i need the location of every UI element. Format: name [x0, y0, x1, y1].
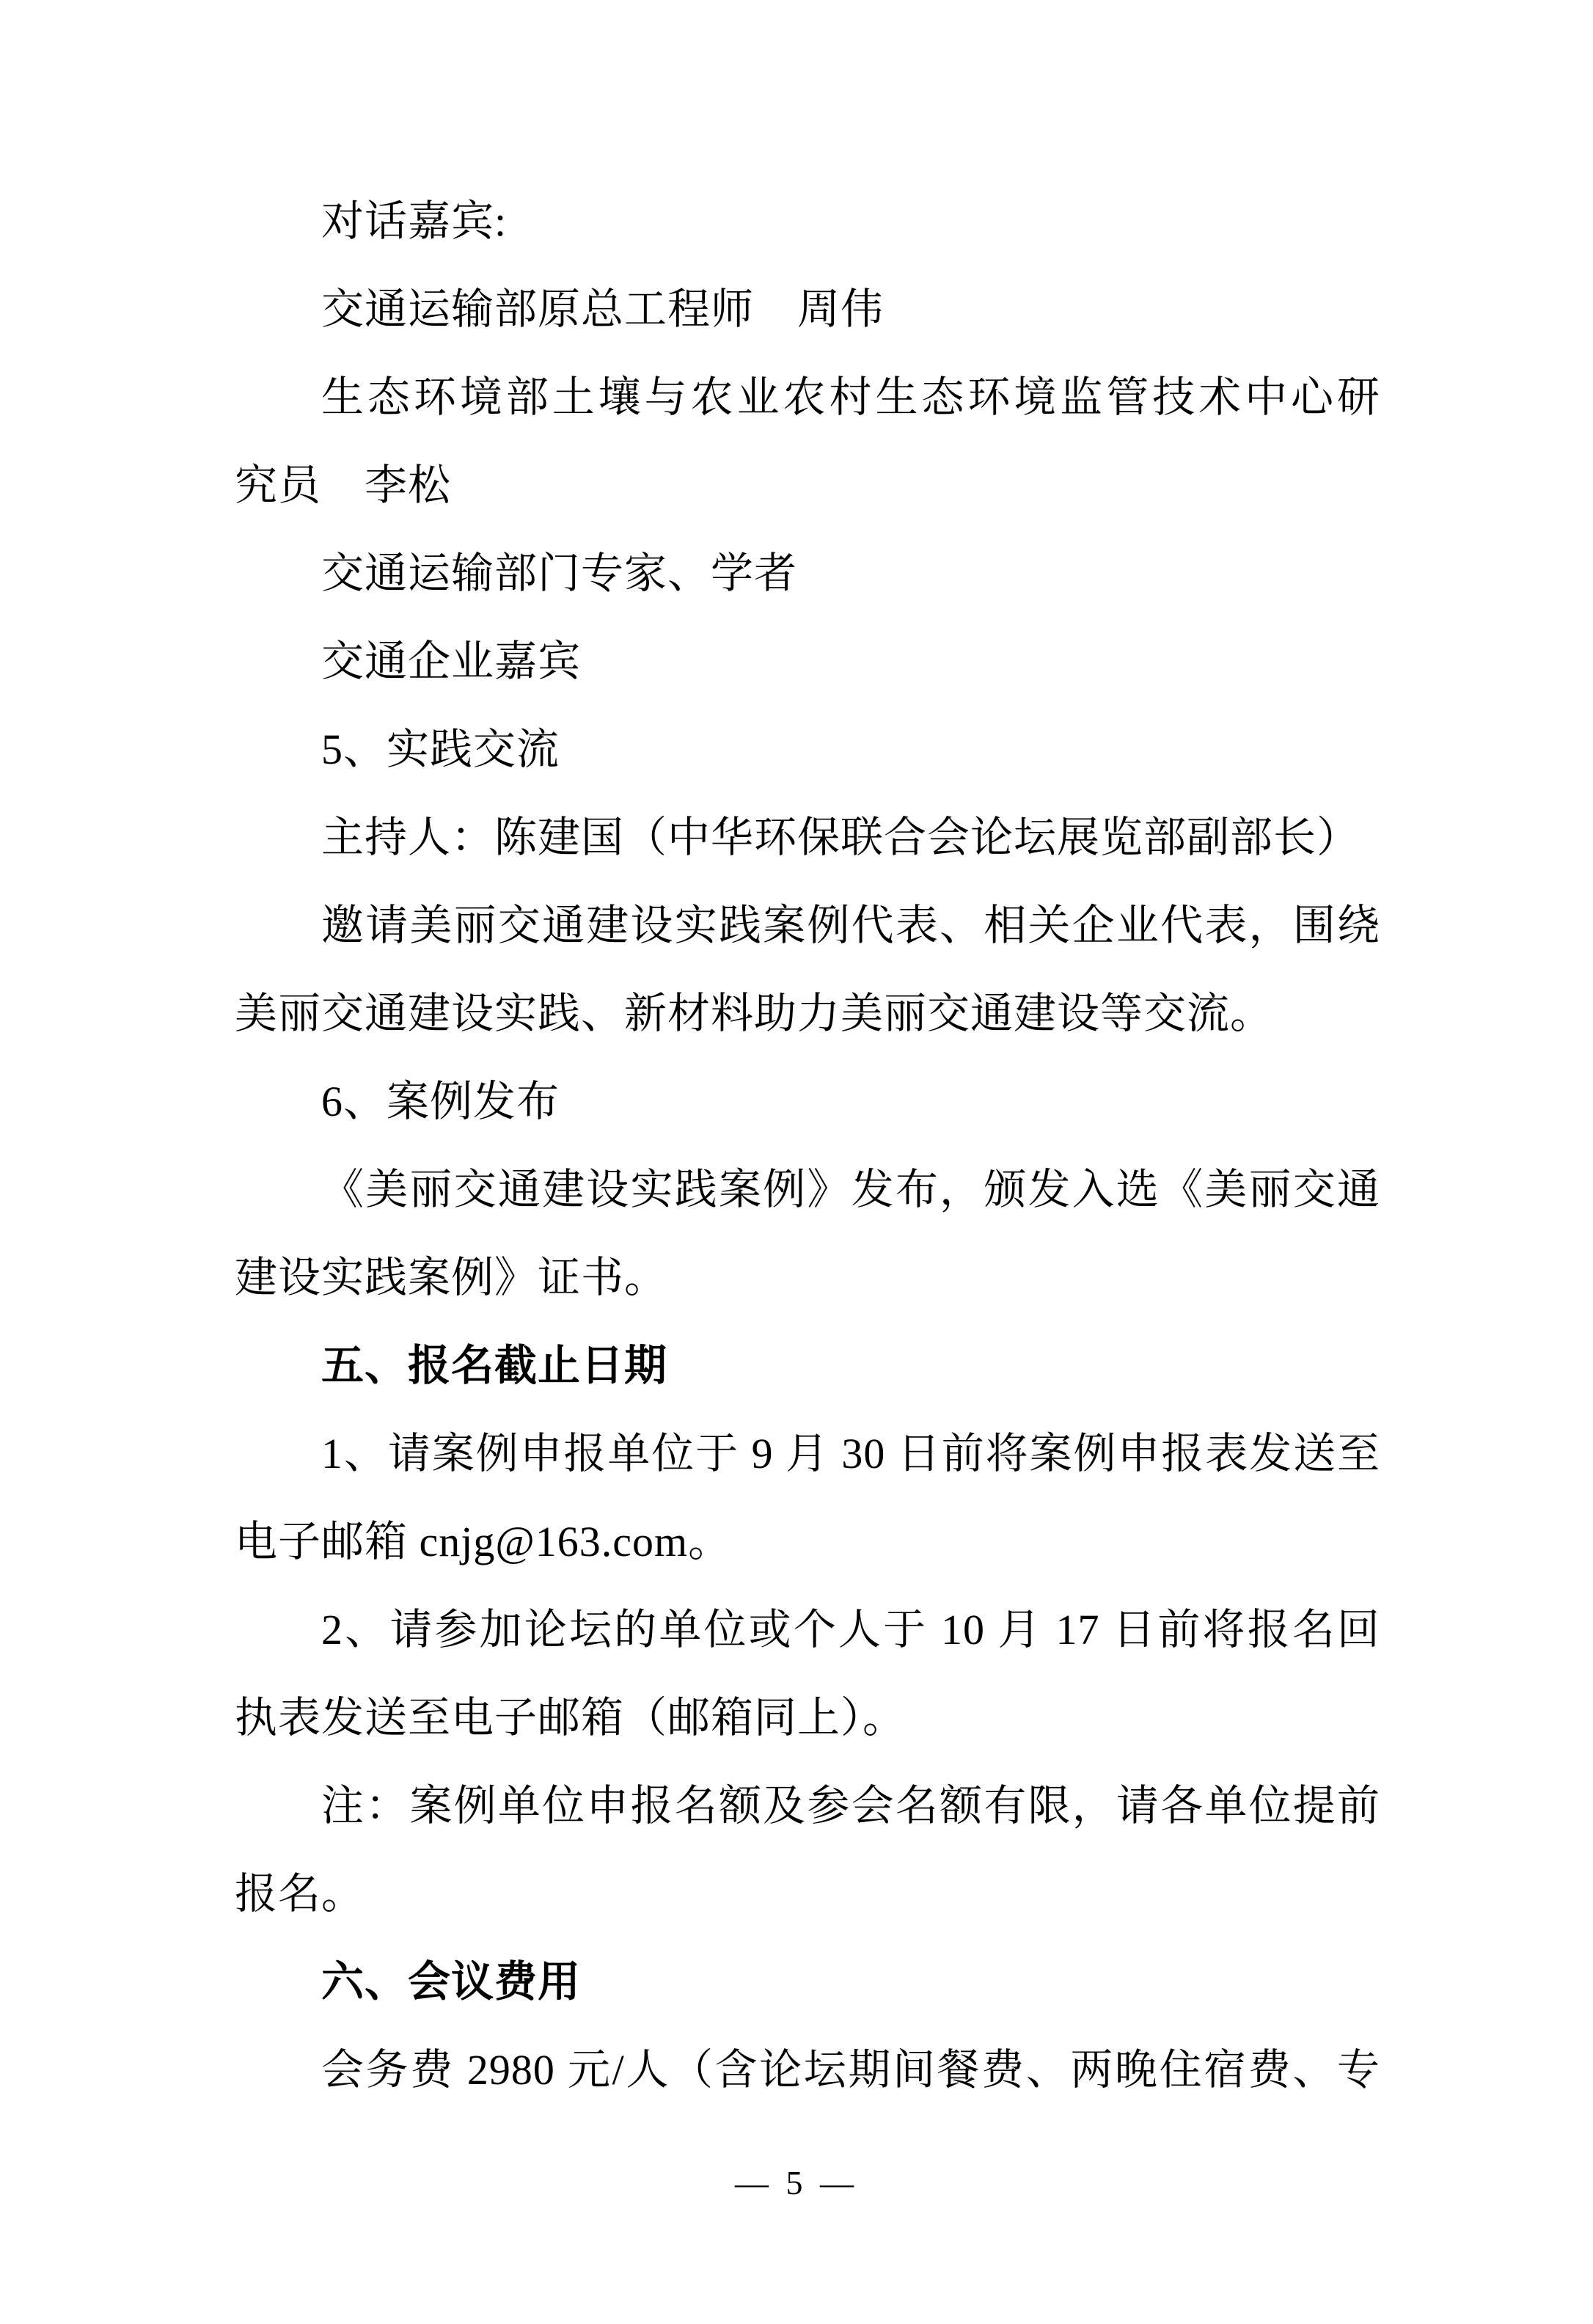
- text-line: 执表发送至电子邮箱（邮箱同上）。: [235, 1674, 1380, 1762]
- text-line: 交通运输部原总工程师 周伟: [235, 266, 1380, 354]
- text-line: 美丽交通建设实践、新材料助力美丽交通建设等交流。: [235, 970, 1380, 1058]
- text-line: 报名。: [235, 1850, 1380, 1938]
- text-line: 交通运输部门专家、学者: [235, 530, 1380, 618]
- text-line: 5、实践交流: [235, 706, 1380, 794]
- section-heading: 六、会议费用: [235, 1938, 1380, 2026]
- text-line: 交通企业嘉宾: [235, 618, 1380, 706]
- document-page: 对话嘉宾: 交通运输部原总工程师 周伟 生态环境部土壤与农业农村生态环境监管技术…: [0, 0, 1593, 2324]
- text-line: 会务费 2980 元/人（含论坛期间餐费、两晚住宿费、专: [235, 2026, 1380, 2114]
- text-line: 对话嘉宾:: [235, 178, 1380, 266]
- document-body: 对话嘉宾: 交通运输部原总工程师 周伟 生态环境部土壤与农业农村生态环境监管技术…: [235, 178, 1380, 2114]
- text-line: 主持人：陈建国（中华环保联合会论坛展览部副部长）: [235, 794, 1380, 882]
- text-line: 1、请案例申报单位于 9 月 30 日前将案例申报表发送至: [235, 1410, 1380, 1498]
- text-line: 6、案例发布: [235, 1058, 1380, 1146]
- page-number-footer: — 5 —: [0, 2148, 1593, 2218]
- text-line: 《美丽交通建设实践案例》发布，颁发入选《美丽交通: [235, 1146, 1380, 1234]
- text-line: 2、请参加论坛的单位或个人于 10 月 17 日前将报名回: [235, 1586, 1380, 1674]
- text-line: 注：案例单位申报名额及参会名额有限，请各单位提前: [235, 1762, 1380, 1850]
- text-line: 建设实践案例》证书。: [235, 1234, 1380, 1322]
- text-line: 电子邮箱 cnjg@163.com。: [235, 1498, 1380, 1586]
- text-line: 生态环境部土壤与农业农村生态环境监管技术中心研: [235, 354, 1380, 442]
- text-line: 究员 李松: [235, 442, 1380, 530]
- section-heading: 五、报名截止日期: [235, 1322, 1380, 1410]
- text-line: 邀请美丽交通建设实践案例代表、相关企业代表，围绕: [235, 882, 1380, 970]
